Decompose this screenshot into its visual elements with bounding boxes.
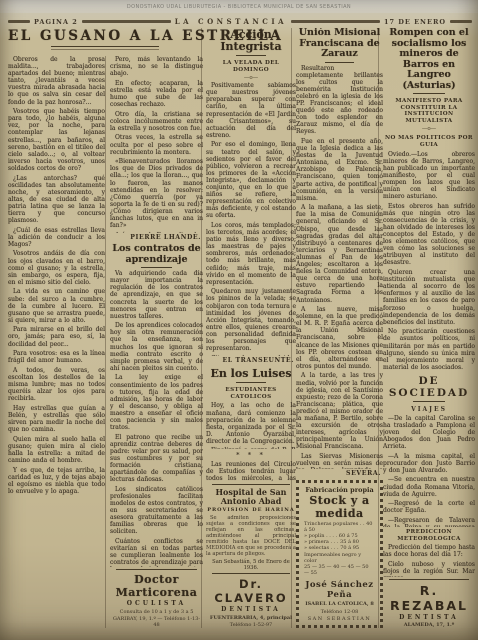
ad-marticorena-role: OCULISTA: [110, 600, 203, 607]
ad-rule: [212, 484, 290, 485]
masthead-rule: [450, 20, 472, 23]
headline-rule: [51, 46, 160, 50]
article-union-title: Unión Misional Franciscana de Zarauz: [296, 28, 383, 60]
article-union-signature: SEVERA.: [296, 470, 381, 477]
ad-sanchez-city: SAN SEBASTIAN: [301, 616, 378, 622]
masthead-rule: [8, 20, 30, 23]
article-accion-subtitle: LA VELADA DEL DOMINGO: [206, 60, 296, 73]
masthead-rule: [291, 20, 380, 23]
ad-marticorena-address: GARIBAY, 19, 1.º — Teléfono 1-13-48: [110, 616, 203, 628]
ornament-separator: —o—: [383, 127, 475, 132]
headline-rule: [413, 401, 444, 402]
ad-sanchez-prices: Trincheras populares . . 40 á 50 » poplí…: [301, 520, 378, 578]
article-luises-body-a: Hoy, a las ocho de la mañana, dará comie…: [206, 402, 296, 449]
article-luises-body-b: Las reuniones del Círculo de Estudios te…: [206, 461, 296, 482]
ornament-separator: —o—: [206, 76, 296, 81]
ad-marticorena-name: Doctor Marticorena: [110, 573, 203, 599]
column-5: Rompen con el socialismo los mineros de …: [378, 28, 475, 628]
ad-clavero-address: FUENTERRABIA, 4, principal: [206, 615, 296, 621]
ad-hospital-body: Se admiten proposiciones sujetas a condi…: [206, 515, 296, 558]
headline-rule: [141, 267, 173, 268]
ad-marticorena-hours: Consulta de 10 a 1 y de 3 a 5: [110, 609, 203, 615]
article-luises-title: En los Luises: [206, 368, 296, 380]
issue-date: 17 DE ENERO: [384, 18, 446, 26]
page-number-label: PAGINA 2: [34, 18, 78, 26]
ad-clavero: Dr. CLAVERO DENTISTA FUENTERRABIA, 4, pr…: [206, 571, 296, 628]
article-rompen-subtitle-1: MANIFIESTO PARA CONSTITUIR LA INSTITUCIO…: [383, 98, 475, 124]
ad-rezabal-address: ALAMEDA, 17, 1.º: [383, 622, 475, 628]
ad-sanchez-tagline: Fabricación propia: [301, 486, 378, 494]
meteo-title: PREDICCION METEOROLOGICA: [383, 529, 475, 542]
library-watermark-bar: DONOSTIAKO UDAL LIBURUTEGIA - BIBLIOTECA…: [0, 0, 478, 13]
ad-clavero-role: DENTISTA: [206, 606, 296, 613]
article-accion-body: Positivamente sabíamos que nuestros jóve…: [206, 82, 296, 356]
column-1: Obreros de la prosa maldita..., trabajad…: [8, 56, 105, 628]
article-union-body: Resultaron completamente brillantes los …: [296, 65, 383, 469]
ad-rule: [116, 569, 197, 570]
asterisk-separator: * * *: [206, 451, 296, 459]
ad-sanchez-phone: Teléfono 12-08: [301, 609, 378, 615]
ad-rule: [212, 573, 290, 574]
ad-marticorena: Doctor Marticorena OCULISTA Consulta de …: [110, 567, 203, 628]
article-luises-subtitle: ESTUDIANTES CATOLICOS: [206, 387, 296, 400]
ad-hospital-dateline: San Sebastián, 5 de Enero de 1936.: [206, 559, 296, 571]
ad-sanchez-name: José Sánchez Peña: [301, 580, 378, 600]
library-watermark-text: DONOSTIAKO UDAL LIBURUTEGIA - BIBLIOTECA…: [127, 4, 351, 10]
article-title: EL GUSANO A LA ESTRELLA: [8, 28, 202, 44]
masthead: PAGINA 2 LA CONSTANCIA 17 DE ENERO: [8, 16, 472, 27]
ad-clavero-phone: Teléfono 1-52-97: [206, 622, 296, 628]
article-sociedad-items: —De la capital Carolina se ha trasladado…: [383, 415, 475, 527]
column-2: Pero, más levantando la crisma, no se la…: [105, 56, 203, 628]
article-rompen-title: Rompen con el socialismo los mineros de …: [383, 28, 475, 91]
article-accion-signature: EL TRANSEUNTE.: [206, 357, 294, 364]
article-rompen-body: Oviedo.—Los obreros mineros de Barros, L…: [383, 151, 475, 371]
article-sociedad-subtitle: VIAJES: [383, 406, 475, 413]
newspaper-scan: DONOSTIAKO UDAL LIBURUTEGIA - BIBLIOTECA…: [0, 0, 478, 640]
headline-rule: [325, 62, 355, 63]
headline-rule: [236, 55, 267, 56]
article-contratos-body: Va adquiriendo cada día mayor importanci…: [110, 270, 203, 567]
newspaper-title: LA CONSTANCIA: [175, 17, 287, 26]
ad-rule: [389, 579, 469, 580]
headline-rule: [236, 382, 267, 383]
article-gusano-headline: EL GUSANO A LA ESTRELLA: [8, 28, 202, 50]
article-rompen-subtitle-2: NO MAS POLITICOS POR GUIA: [383, 135, 475, 148]
meteo-body: Predicción del tiempo hasta las doce hor…: [383, 544, 475, 576]
ad-rezabal-name: R. REZABAL: [383, 583, 475, 613]
headline-rule: [413, 93, 444, 94]
column-4: Unión Misional Franciscana de Zarauz Res…: [291, 28, 383, 628]
ad-hospital: Hospital de San Antonio Abad PROVISION D…: [206, 482, 296, 571]
article-gusano-body-col1: Obreros de la prosa maldita..., trabajad…: [8, 56, 105, 497]
ad-sanchez-address: ISABEL LA CATOLICA, 8: [301, 601, 378, 607]
masthead-rule: [82, 20, 171, 23]
ad-sanchez: Fabricación propia Stock y a medida Trin…: [296, 480, 383, 628]
article-gusano-body-col2: Pero, más levantando la crisma, no se la…: [110, 56, 203, 233]
column-3: Acción Integrista LA VELADA DEL DOMINGO …: [201, 28, 296, 628]
ad-hospital-title: Hospital de San Antonio Abad: [206, 488, 296, 506]
article-gusano-signature: PIERRE LHANDE.: [110, 234, 201, 241]
ad-rezabal: R. REZABAL DENTISTA ALAMEDA, 17, 1.º: [383, 577, 475, 629]
ad-hospital-subtitle: PROVISION DE HARINA: [206, 507, 296, 513]
ad-sanchez-headline: Stock y a medida: [301, 494, 378, 520]
article-sociedad-title: DE SOCIEDAD: [383, 375, 475, 399]
article-contratos-title: Los contratos de aprendizaje: [110, 244, 203, 265]
ad-rezabal-role: DENTISTA: [383, 614, 475, 621]
ad-clavero-name: Dr. CLAVERO: [206, 577, 296, 605]
